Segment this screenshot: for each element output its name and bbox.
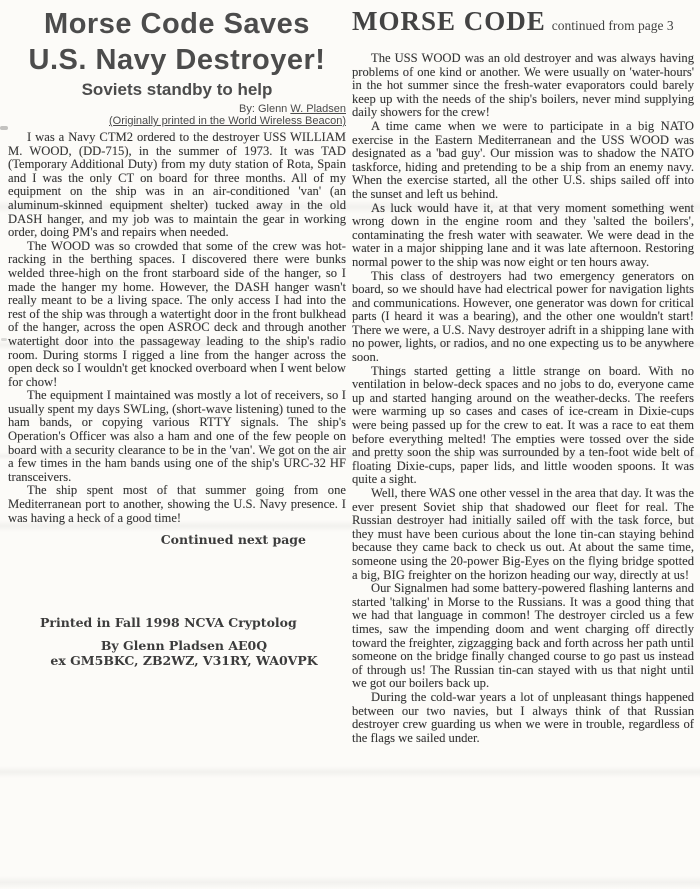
scanned-article-page: Morse Code Saves U.S. Navy Destroyer! So… [0,0,700,889]
paragraph: I was a Navy CTM2 ordered to the destroy… [8,131,346,240]
byline-prefix: By: Glenn [239,103,290,115]
ex-callsigns-line: ex GM5BKC, ZB2WZ, V31RY, WA0VPK [22,653,346,668]
paragraph: A time came when we were to participate … [352,120,694,202]
byline: By: Glenn W. Pladsen [8,103,346,115]
paragraph: During the cold-war years a lot of unple… [352,691,694,745]
scan-mark [1,338,7,341]
article-title-line1: Morse Code Saves [8,6,346,42]
paragraph: Well, there WAS one other vessel in the … [352,487,694,582]
scan-streak [0,766,700,778]
continuation-header: MORSE CODEcontinued from page 3 [352,6,694,37]
continuation-note: continued from page 3 [552,18,674,33]
left-column: Morse Code Saves U.S. Navy Destroyer! So… [8,0,346,668]
author-credit-line: By Glenn Pladsen AE0Q [22,638,346,653]
scan-streak [0,876,700,889]
origin-note: (Originally printed in the World Wireles… [8,115,346,127]
right-column: MORSE CODEcontinued from page 3 The USS … [352,0,694,745]
paragraph: As luck would have it, at that very mome… [352,202,694,270]
right-body-text: The USS WOOD was an old destroyer and wa… [352,52,694,745]
author-credit: By Glenn Pladsen AE0Q ex GM5BKC, ZB2WZ, … [8,638,346,668]
paragraph: Things started getting a little strange … [352,365,694,487]
article-title-line2: U.S. Navy Destroyer! [8,42,346,78]
left-body-text: I was a Navy CTM2 ordered to the destroy… [8,131,346,525]
paragraph: The equipment I maintained was mostly a … [8,389,346,484]
scan-mark [0,126,8,130]
printed-in-credit: Printed in Fall 1998 NCVA Cryptolog [8,615,346,630]
paragraph: Our Signalmen had some battery-powered f… [352,582,694,691]
continued-next-page-note: Continued next page [8,532,346,547]
article-subtitle: Soviets standby to help [8,80,346,100]
paragraph: The WOOD was so crowded that some of the… [8,240,346,390]
continuation-title: MORSE CODE [352,6,546,36]
paragraph: This class of destroyers had two emergen… [352,270,694,365]
byline-author-name: W. Pladsen [290,103,346,115]
article-title: Morse Code Saves U.S. Navy Destroyer! [8,6,346,78]
paragraph: The USS WOOD was an old destroyer and wa… [352,52,694,120]
paragraph: The ship spent most of that summer going… [8,484,346,525]
